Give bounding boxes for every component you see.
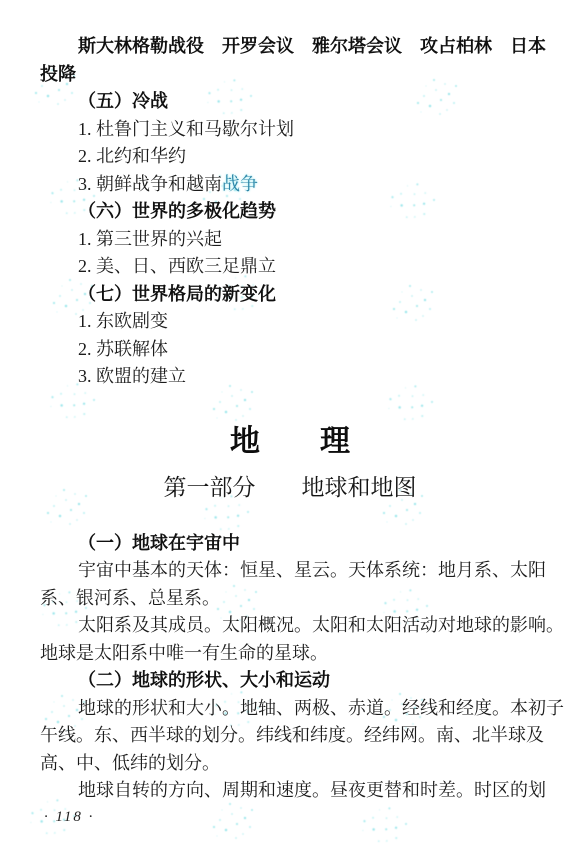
text-line: 地球的形状和大小。地轴、两极、赤道。经线和经度。本初子 bbox=[40, 695, 540, 723]
watermark-tinted-text: 战争 bbox=[222, 174, 258, 194]
text-line-content: 宇宙中基本的天体：恒星、星云。天体系统：地月系、太阳 bbox=[78, 560, 546, 580]
text-line-content: 地球自转的方向、周期和速度。昼夜更替和时差。时区的划 bbox=[78, 780, 546, 800]
text-line-content: 3. 欧盟的建立 bbox=[78, 366, 186, 386]
text-line-content: 投降 bbox=[40, 64, 76, 84]
text-line-content: （一）地球在宇宙中 bbox=[78, 533, 240, 553]
text-line-content: 地球的形状和大小。地轴、两极、赤道。经线和经度。本初子 bbox=[78, 698, 564, 718]
history-outline-section: 斯大林格勒战役 开罗会议 雅尔塔会议 攻占柏林 日本投降（五）冷战1. 杜鲁门主… bbox=[40, 33, 540, 391]
text-line-content: 高、中、低纬的划分。 bbox=[40, 753, 220, 773]
text-line-content: 1. 第三世界的兴起 bbox=[78, 229, 222, 249]
text-line: 高、中、低纬的划分。 bbox=[40, 750, 540, 778]
text-line-content: 2. 北约和华约 bbox=[78, 146, 186, 166]
text-line-content: （五）冷战 bbox=[78, 91, 168, 111]
text-line: 2. 美、日、西欧三足鼎立 bbox=[40, 253, 540, 281]
text-line-content: （七）世界格局的新变化 bbox=[78, 284, 276, 304]
text-line-content: 1. 杜鲁门主义和马歇尔计划 bbox=[78, 119, 294, 139]
scanned-page: 斯大林格勒战役 开罗会议 雅尔塔会议 攻占柏林 日本投降（五）冷战1. 杜鲁门主… bbox=[0, 0, 580, 852]
geography-body-section: （一）地球在宇宙中宇宙中基本的天体：恒星、星云。天体系统：地月系、太阳系、银河系… bbox=[40, 530, 540, 805]
text-line: （五）冷战 bbox=[40, 88, 540, 116]
text-line: 1. 杜鲁门主义和马歇尔计划 bbox=[40, 116, 540, 144]
text-line: 投降 bbox=[40, 61, 540, 89]
geography-part-title: 第一部分 地球和地图 bbox=[40, 472, 540, 504]
page-number: · 118 · bbox=[44, 809, 94, 826]
text-line: 斯大林格勒战役 开罗会议 雅尔塔会议 攻占柏林 日本 bbox=[40, 33, 540, 61]
text-line: 地球自转的方向、周期和速度。昼夜更替和时差。时区的划 bbox=[40, 777, 540, 805]
text-line: 系、银河系、总星系。 bbox=[40, 585, 540, 613]
text-line: 太阳系及其成员。太阳概况。太阳和太阳活动对地球的影响。 bbox=[40, 612, 540, 640]
text-line: （七）世界格局的新变化 bbox=[40, 281, 540, 309]
text-line-content: 1. 东欧剧变 bbox=[78, 311, 168, 331]
text-line: （一）地球在宇宙中 bbox=[40, 530, 540, 558]
text-line-content: （二）地球的形状、大小和运动 bbox=[78, 670, 330, 690]
text-line-content: 2. 美、日、西欧三足鼎立 bbox=[78, 256, 276, 276]
text-line: 3. 朝鲜战争和越南战争 bbox=[40, 171, 540, 199]
text-line-content: （六）世界的多极化趋势 bbox=[78, 201, 276, 221]
text-line-content: 太阳系及其成员。太阳概况。太阳和太阳活动对地球的影响。 bbox=[78, 615, 564, 635]
geography-title: 地 理 bbox=[40, 422, 540, 462]
text-line: 1. 第三世界的兴起 bbox=[40, 226, 540, 254]
text-line: （二）地球的形状、大小和运动 bbox=[40, 667, 540, 695]
text-line: 2. 苏联解体 bbox=[40, 336, 540, 364]
text-line: 宇宙中基本的天体：恒星、星云。天体系统：地月系、太阳 bbox=[40, 557, 540, 585]
text-line-content: 地球是太阳系中唯一有生命的星球。 bbox=[40, 643, 328, 663]
text-line: 3. 欧盟的建立 bbox=[40, 363, 540, 391]
text-line: （六）世界的多极化趋势 bbox=[40, 198, 540, 226]
text-line: 午线。东、西半球的划分。纬线和纬度。经纬网。南、北半球及 bbox=[40, 722, 540, 750]
text-line: 地球是太阳系中唯一有生命的星球。 bbox=[40, 640, 540, 668]
text-line-content: 2. 苏联解体 bbox=[78, 339, 168, 359]
text-column: 斯大林格勒战役 开罗会议 雅尔塔会议 攻占柏林 日本投降（五）冷战1. 杜鲁门主… bbox=[40, 33, 540, 805]
text-line: 2. 北约和华约 bbox=[40, 143, 540, 171]
text-line: 1. 东欧剧变 bbox=[40, 308, 540, 336]
text-line-content: 午线。东、西半球的划分。纬线和纬度。经纬网。南、北半球及 bbox=[40, 725, 544, 745]
text-line-content: 系、银河系、总星系。 bbox=[40, 588, 220, 608]
text-line-content: 斯大林格勒战役 开罗会议 雅尔塔会议 攻占柏林 日本 bbox=[78, 36, 546, 56]
text-line-content: 3. 朝鲜战争和越南 bbox=[78, 174, 222, 194]
